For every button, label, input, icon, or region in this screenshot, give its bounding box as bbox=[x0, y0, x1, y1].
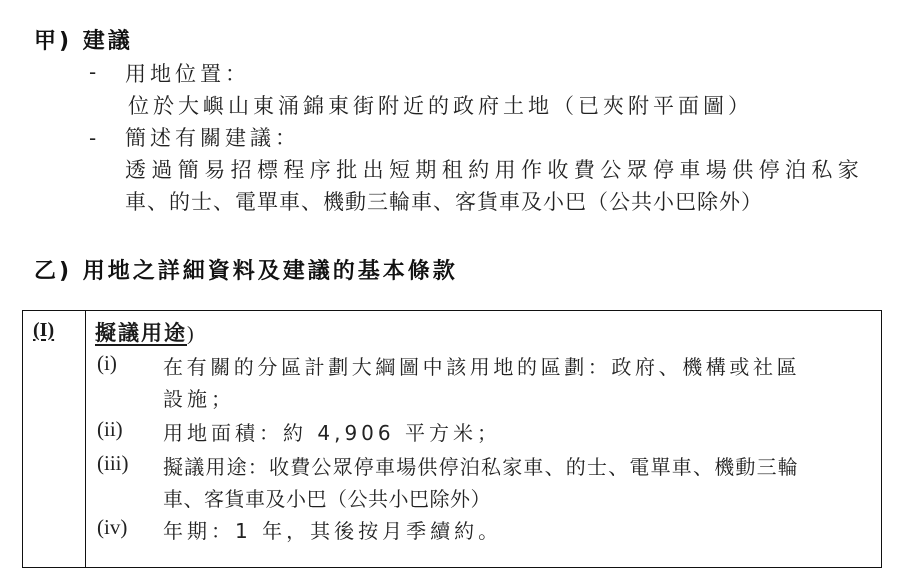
bullet-dash: - bbox=[89, 60, 96, 84]
proposal-summary-label: 簡述有關建議： bbox=[125, 122, 300, 152]
bullet-dash: - bbox=[89, 126, 96, 150]
item-text-proposed-use-line-2: 車、客貨車及小巴（公共小巴除外） bbox=[163, 483, 491, 512]
section-a-heading: 甲) 建議 bbox=[34, 24, 133, 55]
table-column-divider bbox=[85, 311, 86, 567]
item-text-site-area: 用地面積：約 4,906 平方米； bbox=[163, 417, 501, 446]
proposal-summary-line-2: 車、的士、電單車、機動三輪車、客貨車及小巴（公共小巴除外） bbox=[125, 186, 763, 216]
item-text-proposed-use-line-1: 擬議用途：收費公眾停車場供停泊私家車、的士、電單車、機動三輪 bbox=[163, 451, 799, 480]
proposed-use-title: 擬議用途) bbox=[95, 317, 194, 347]
row-label: (I) bbox=[33, 319, 54, 342]
site-location-text: 位於大嶼山東涌錦東街附近的政府土地（已夾附平面圖） bbox=[128, 90, 753, 120]
proposal-summary-line-1: 透過簡易招標程序批出短期租約用作收費公眾停車場供停泊私家 bbox=[125, 154, 864, 184]
item-text-zoning-line-2: 設施； bbox=[163, 383, 235, 412]
site-location-label: 用地位置： bbox=[125, 58, 250, 88]
section-b-heading: 乙) 用地之詳細資料及建議的基本條款 bbox=[34, 254, 458, 285]
proposed-use-title-suffix: ) bbox=[187, 323, 194, 345]
proposed-use-title-text: 擬議用途 bbox=[95, 321, 187, 345]
item-text-tenure: 年期：1 年，其後按月季續約。 bbox=[163, 515, 502, 544]
item-text-zoning-line-1: 在有關的分區計劃大綱圖中該用地的區劃：政府、機構或社區 bbox=[163, 351, 800, 380]
item-number: (iv) bbox=[97, 515, 127, 540]
item-number: (iii) bbox=[97, 451, 129, 476]
item-number: (i) bbox=[97, 351, 117, 376]
terms-table: (I) 擬議用途) (i) 在有關的分區計劃大綱圖中該用地的區劃：政府、機構或社… bbox=[22, 310, 882, 568]
item-number: (ii) bbox=[97, 417, 123, 442]
